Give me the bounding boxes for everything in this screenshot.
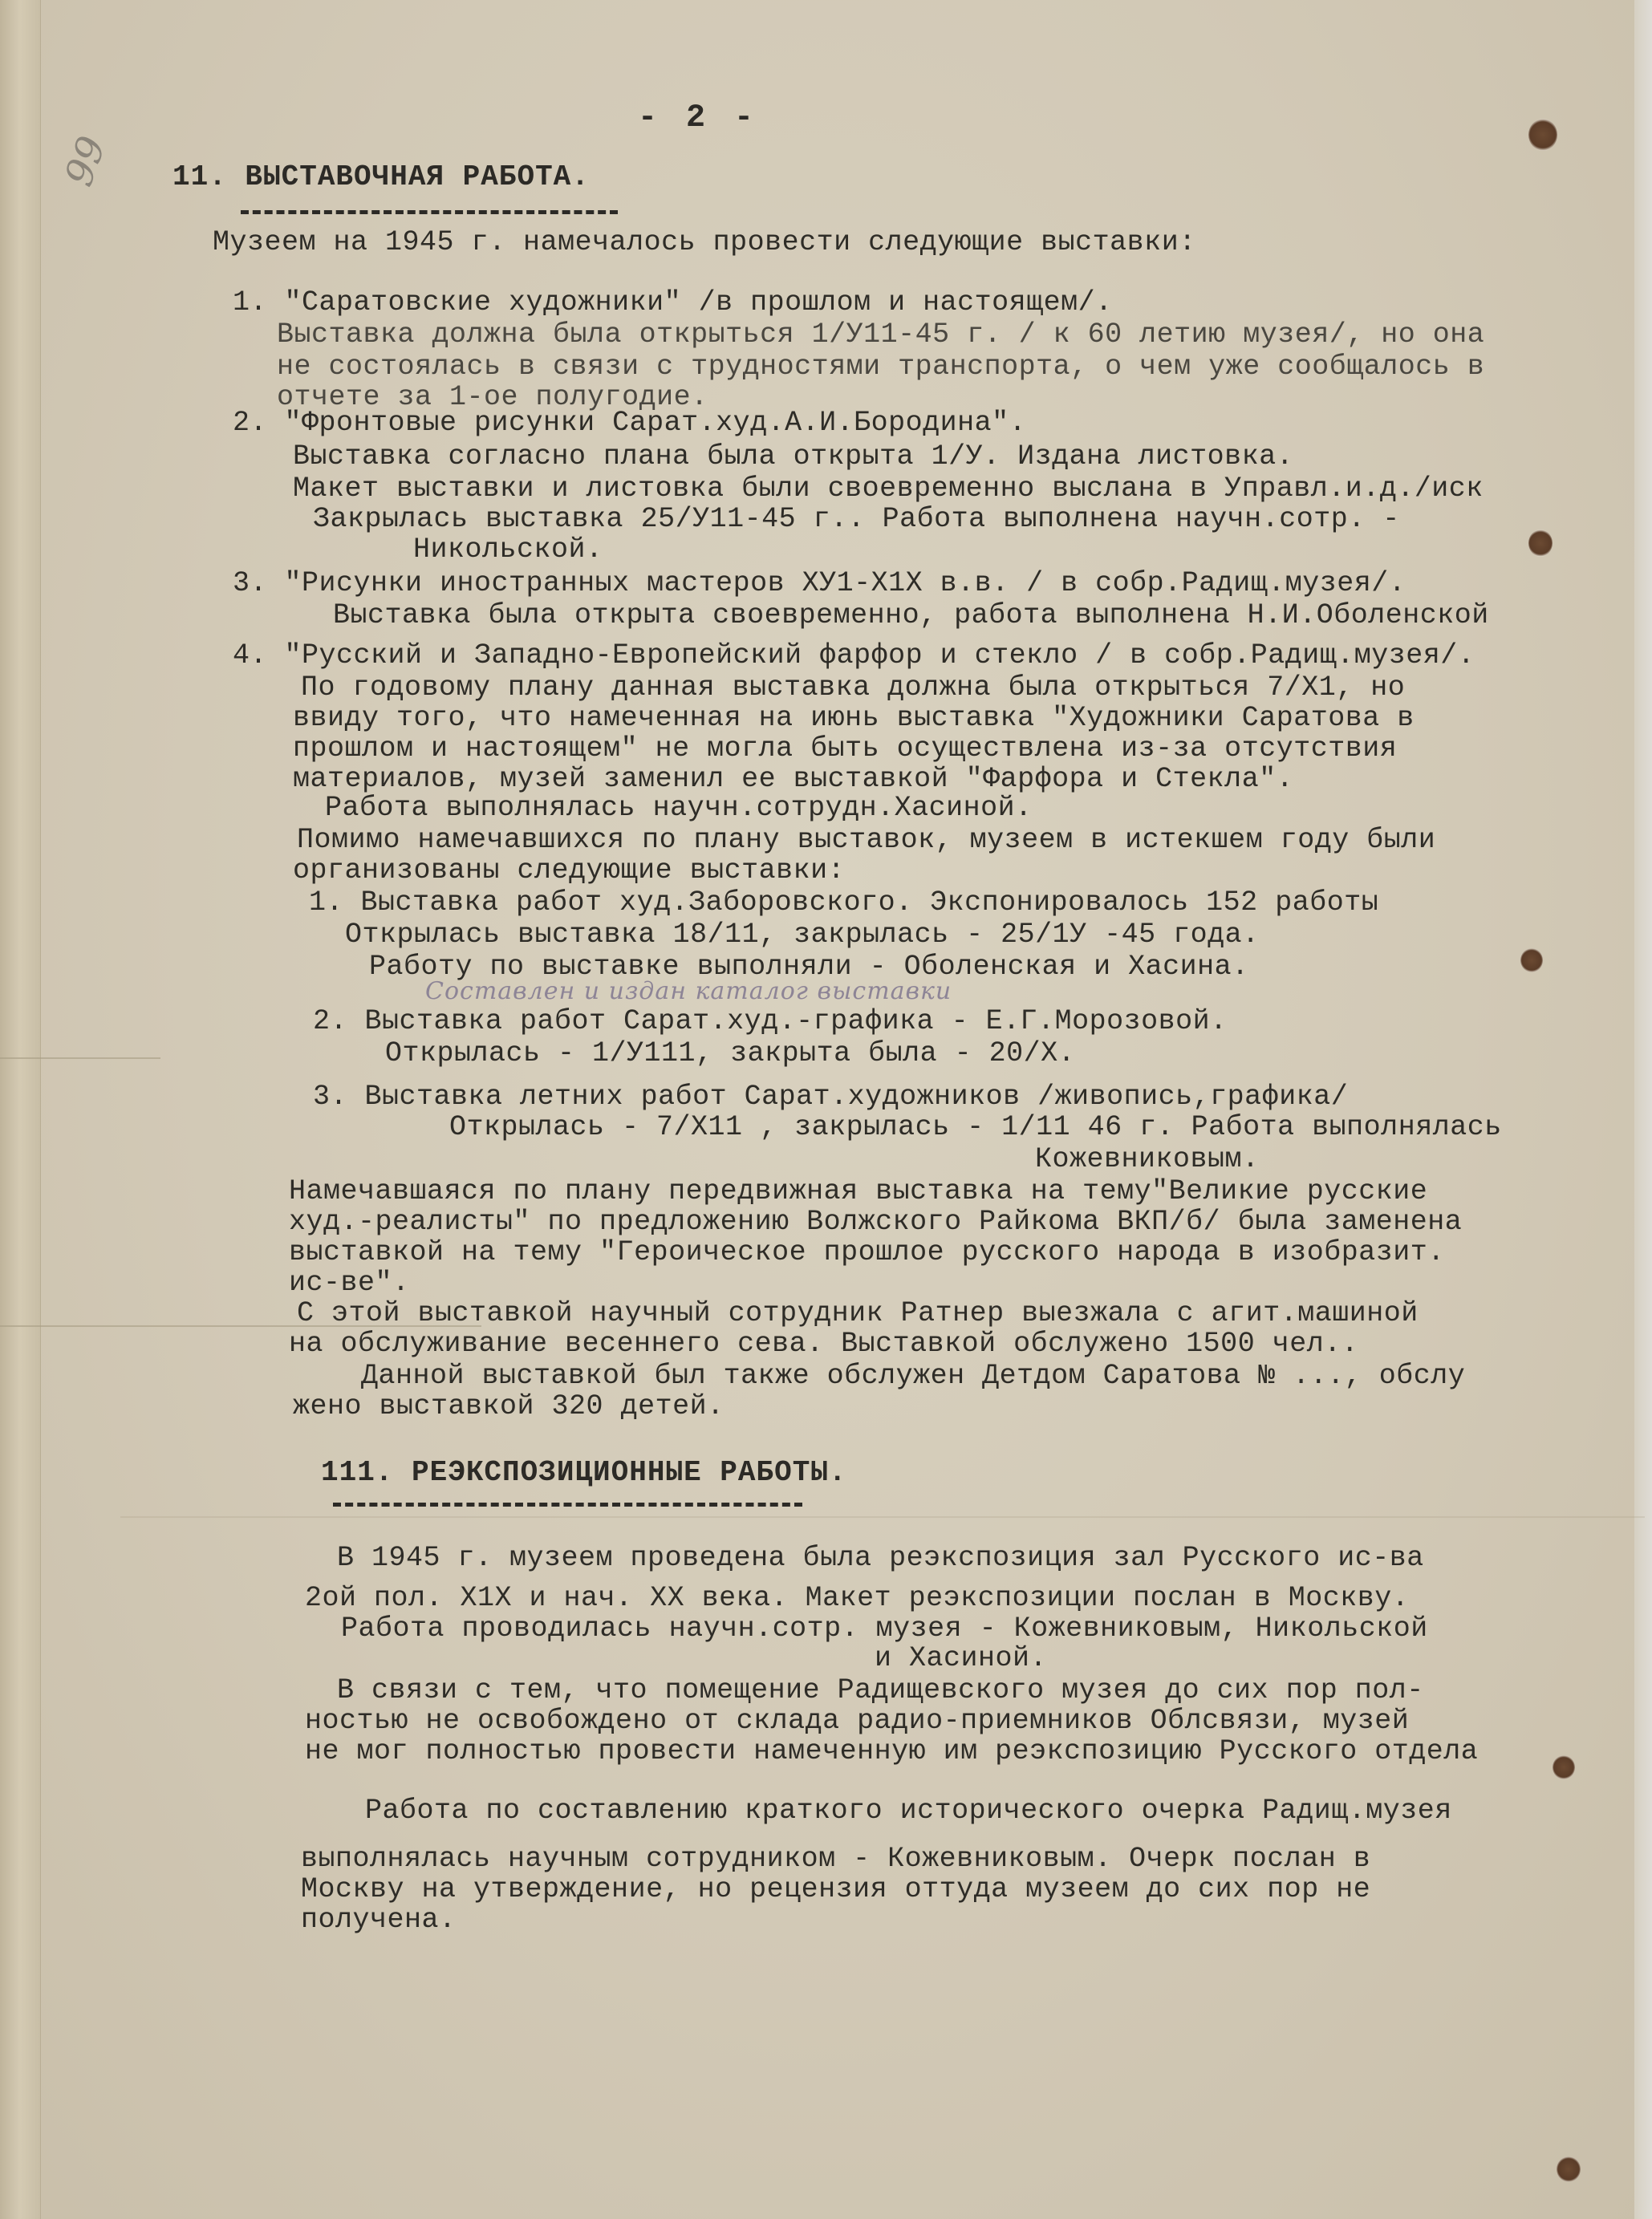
section-heading-exhibitions: 11. ВЫСТАВОЧНАЯ РАБОТА.	[173, 160, 590, 193]
punch-hole-icon	[1528, 529, 1553, 557]
list-item: 1. "Саратовские художники" /в прошлом и …	[233, 289, 1113, 317]
list-item: 4. "Русский и Западно-Европейский фарфор…	[233, 642, 1475, 670]
text-line: Открылась - 7/Х11 , закрылась - 1/11 46 …	[449, 1114, 1502, 1142]
archive-folio-number: 99	[56, 131, 116, 193]
punch-hole-icon	[1520, 948, 1543, 972]
text-line: В связи с тем, что помещение Радищевског…	[337, 1677, 1424, 1705]
text-line: Выставка должна была открыться 1/У11-45 …	[277, 321, 1484, 349]
left-binding-strip	[0, 0, 41, 2219]
heading-underline	[241, 210, 618, 214]
text-line: Помимо намечавшихся по плану выставок, м…	[297, 826, 1435, 854]
list-item: 2. "Фронтовые рисунки Сарат.худ.А.И.Боро…	[233, 409, 1026, 437]
text-line: ис-ве".	[289, 1269, 410, 1297]
punch-hole-icon	[1528, 119, 1557, 151]
text-line: По годовому плану данная выставка должна…	[301, 674, 1405, 702]
text-line: Намечавшаяся по плану передвижная выстав…	[289, 1178, 1427, 1206]
text-line: Работа по составлению краткого историчес…	[365, 1797, 1452, 1825]
right-page-edge	[1634, 0, 1652, 2219]
text-line: на обслуживание весеннего сева. Выставко…	[289, 1330, 1358, 1358]
text-line: Работа выполнялась научн.сотрудн.Хасиной…	[325, 794, 1033, 822]
text-line: жено выставкой 320 детей.	[293, 1393, 725, 1421]
text-line: Кожевниковым.	[1035, 1146, 1260, 1174]
section-heading-reexposition: 111. РЕЭКСПОЗИЦИОННЫЕ РАБОТЫ.	[321, 1456, 847, 1489]
page-number: - 2 -	[638, 100, 758, 136]
text-line: Работа проводилась научн.сотр. музея - К…	[341, 1615, 1428, 1643]
text-line: Открылась выставка 18/11, закрылась - 25…	[345, 921, 1260, 949]
text-line: Выставка была открыта своевременно, рабо…	[333, 602, 1489, 630]
text-line: В 1945 г. музеем проведена была реэкспоз…	[337, 1544, 1424, 1572]
text-line: Выставка согласно плана была открыта 1/У…	[293, 443, 1293, 471]
punch-hole-icon	[1557, 2156, 1581, 2182]
list-item: 3. Выставка летних работ Сарат.художнико…	[313, 1083, 1348, 1111]
text-line: С этой выставкой научный сотрудник Ратне…	[297, 1300, 1419, 1328]
list-item: 1. Выставка работ худ.Заборовского. Эксп…	[309, 889, 1378, 917]
text-line: 2ой пол. Х1Х и нач. ХХ века. Макет реэкс…	[305, 1584, 1409, 1613]
text-line: прошлом и настоящем" не могла быть осуще…	[293, 735, 1397, 763]
text-line: организованы следующие выставки:	[293, 857, 845, 885]
document-page: 99 - 2 - 11. ВЫСТАВОЧНАЯ РАБОТА. Музеем …	[0, 0, 1652, 2219]
paper-crease	[0, 1057, 160, 1059]
text-line: Открылась - 1/У111, закрыта была - 20/Х.	[385, 1040, 1075, 1068]
text-line: не состоялась в связи с трудностями тран…	[277, 353, 1484, 381]
text-line: Макет выставки и листовка были своевреме…	[293, 475, 1484, 503]
punch-hole-icon	[1553, 1755, 1575, 1779]
text-line: получена.	[301, 1906, 457, 1934]
text-line: материалов, музей заменил ее выставкой "…	[293, 765, 1293, 793]
paper-crease	[120, 1516, 1645, 1518]
text-line: Закрылась выставка 25/У11-45 г.. Работа …	[313, 505, 1400, 533]
text-line: и Хасиной.	[875, 1645, 1047, 1673]
text-line: ввиду того, что намеченная на июнь выста…	[293, 704, 1415, 732]
text-line: не мог полностью провести намеченную им …	[305, 1738, 1478, 1766]
text-line: выполнялась научным сотрудником - Кожевн…	[301, 1845, 1370, 1873]
section-intro: Музеем на 1945 г. намечалось провести сл…	[213, 229, 1196, 257]
text-line: худ.-реалисты" по предложению Волжского …	[289, 1208, 1462, 1236]
list-item: 2. Выставка работ Сарат.худ.-графика - Е…	[313, 1008, 1228, 1036]
text-line: ностью не освобождено от склада радио-пр…	[305, 1707, 1409, 1735]
text-line: Данной выставкой был также обслужен Детд…	[361, 1362, 1465, 1390]
handwritten-annotation: Составлен и издан каталог выставки	[425, 977, 952, 1005]
text-line: Москву на утверждение, но рецензия оттуд…	[301, 1876, 1370, 1904]
list-item: 3. "Рисунки иностранных мастеров ХУ1-Х1Х…	[233, 570, 1406, 598]
text-line: Никольской.	[413, 536, 603, 564]
heading-underline	[333, 1503, 802, 1507]
text-line: выставкой на тему "Героическое прошлое р…	[289, 1239, 1445, 1267]
